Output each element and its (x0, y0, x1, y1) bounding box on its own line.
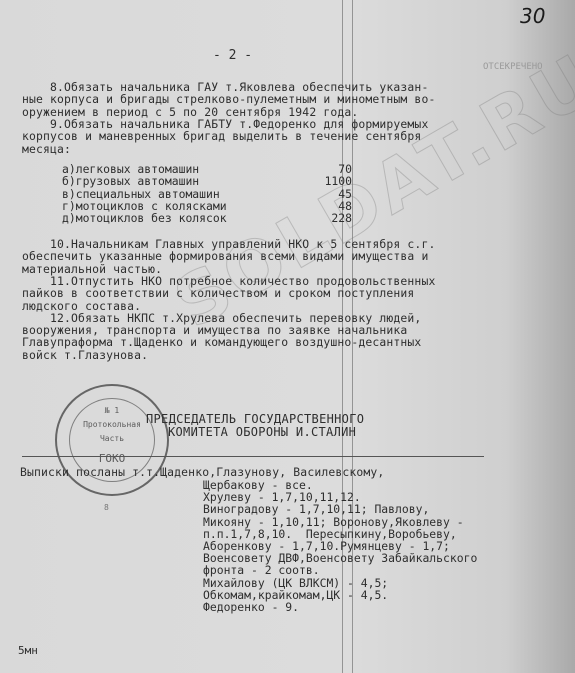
text-line: 9.Обязать начальника ГАБТУ т.Федоренко д… (22, 118, 428, 130)
text-line: Главупраформа т.Щаденко и командующего в… (22, 336, 421, 348)
distribution-line: Обкомам,крайкомам,ЦК - 4,5. (203, 589, 388, 601)
allocation-qty: 70 (338, 163, 352, 175)
text-line: 8.Обязать начальника ГАУ т.Яковлева обес… (22, 81, 428, 93)
text-line: месяца: (22, 143, 71, 155)
signature-title: ПРЕДСЕДАТЕЛЬ ГОСУДАРСТВЕННОГО (146, 412, 364, 426)
document-page: SOLDAT.RU 30 - 2 - ОТСЕКРЕЧЕНО 8.Обязать… (0, 0, 575, 673)
distribution-line: Михайлову (ЦК ВЛКСМ) - 4,5; (203, 577, 388, 589)
text-line: пайков в соответствии с количеством и ср… (22, 287, 414, 299)
page-number: - 2 - (213, 48, 252, 63)
allocation-row: в)специальных автомашин45 (62, 188, 352, 200)
allocation-row: а)легковых автомашин70 (62, 163, 352, 175)
distribution-lead: Выписки посланы т.т.Щаденко,Глазунову, В… (20, 466, 384, 478)
archive-page-number: 30 (520, 4, 545, 28)
allocation-qty: 45 (338, 188, 352, 200)
text-line: людского состава. (22, 300, 141, 312)
distribution-line: Аборенкову - 1,7,10.Румянцеву - 1,7; (203, 540, 450, 552)
signature-name: КОМИТЕТА ОБОРОНЫ И.СТАЛИН (168, 425, 356, 439)
distribution-line: Военсовету ДВФ,Военсовету Забайкальского (203, 552, 477, 564)
allocation-qty: 1100 (325, 175, 352, 187)
distribution-line: фронта - 2 соотв. (203, 564, 320, 576)
text-line: вооружения, транспорта и имущества по за… (22, 324, 407, 336)
distribution-line: Хрулеву - 1,7,10,11,12. (203, 491, 361, 503)
text-line: войск т.Глазунова. (22, 349, 148, 361)
small-mark: 8 (104, 502, 109, 514)
distribution-line: Федоренко - 9. (203, 601, 299, 613)
divider (22, 456, 484, 457)
allocation-row: г)мотоциклов с колясками48 (62, 200, 352, 212)
allocation-row: б)грузовых автомашин1100 (62, 175, 352, 187)
allocation-row: д)мотоциклов без колясок228 (62, 212, 352, 224)
text-line: оружением в период с 5 по 20 сентября 19… (22, 106, 358, 118)
seal-stamp: № 1 Протокольная Часть ГОКО (55, 384, 169, 496)
text-line: 11.Отпустить НКО потребное количество пр… (22, 275, 435, 287)
text-line: материальной частью. (22, 263, 162, 275)
stamp-org: ГОКО (57, 452, 167, 465)
text-line: обеспечить указанные формирования всеми … (22, 250, 428, 262)
distribution-line: Микояну - 1,10,11; Воронову,Яковлеву - (203, 516, 464, 528)
allocation-label: д)мотоциклов без колясок (62, 211, 227, 225)
text-line: 10.Начальникам Главных управлений НКО к … (22, 238, 435, 250)
text-line: корпусов и маневренных бригад выделить в… (22, 130, 421, 142)
text-line: 12.Обязать НКПС т.Хрулева обеспечить пер… (22, 312, 421, 324)
stamp-part: Часть (57, 434, 167, 443)
allocation-qty: 228 (331, 212, 352, 224)
typist-mark: 5мн (18, 644, 38, 657)
declassified-stamp: ОТСЕКРЕЧЕНО (483, 62, 543, 72)
distribution-line: п.п.1,7,8,10. Пересыпкину,Воробьеву, (203, 528, 457, 540)
distribution-line: Щербакову - все. (203, 479, 313, 491)
distribution-line: Виноградову - 1,7,10,11; Павлову, (203, 503, 429, 515)
allocation-qty: 48 (338, 200, 352, 212)
text-line: ные корпуса и бригады стрелково-пулеметн… (22, 93, 435, 105)
